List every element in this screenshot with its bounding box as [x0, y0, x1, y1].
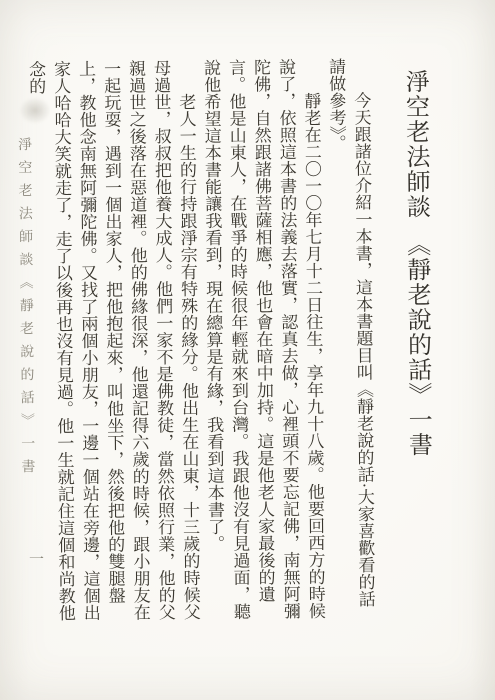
article-title: 淨空老法師談 《靜老說的話》一書	[395, 57, 438, 623]
text-block: 淨空老法師談 《靜老說的話》一書 今天跟諸位介紹一本書，這本書題目叫《靜老說的話…	[23, 57, 438, 627]
paragraph-1: 今天跟諸位介紹一本書，這本書題目叫《靜老說的話·大家喜歡看的話請做參考》。	[323, 58, 378, 624]
paragraph-3: 老人一生的行持跟淨宗有特殊的緣分。他出生在山東，十三歲的時候父母過世，叔叔把他養…	[23, 59, 203, 627]
paragraph-2: 靜老在二〇一〇年七月十二日往生，享年九十八歲。他要回西方的時候說了，依照這本書的…	[198, 58, 328, 625]
scanned-book-page: 淨空老法師談《靜老說的話》一書 一 淨空老法師談 《靜老說的話》一書 今天跟諸位…	[0, 0, 495, 700]
